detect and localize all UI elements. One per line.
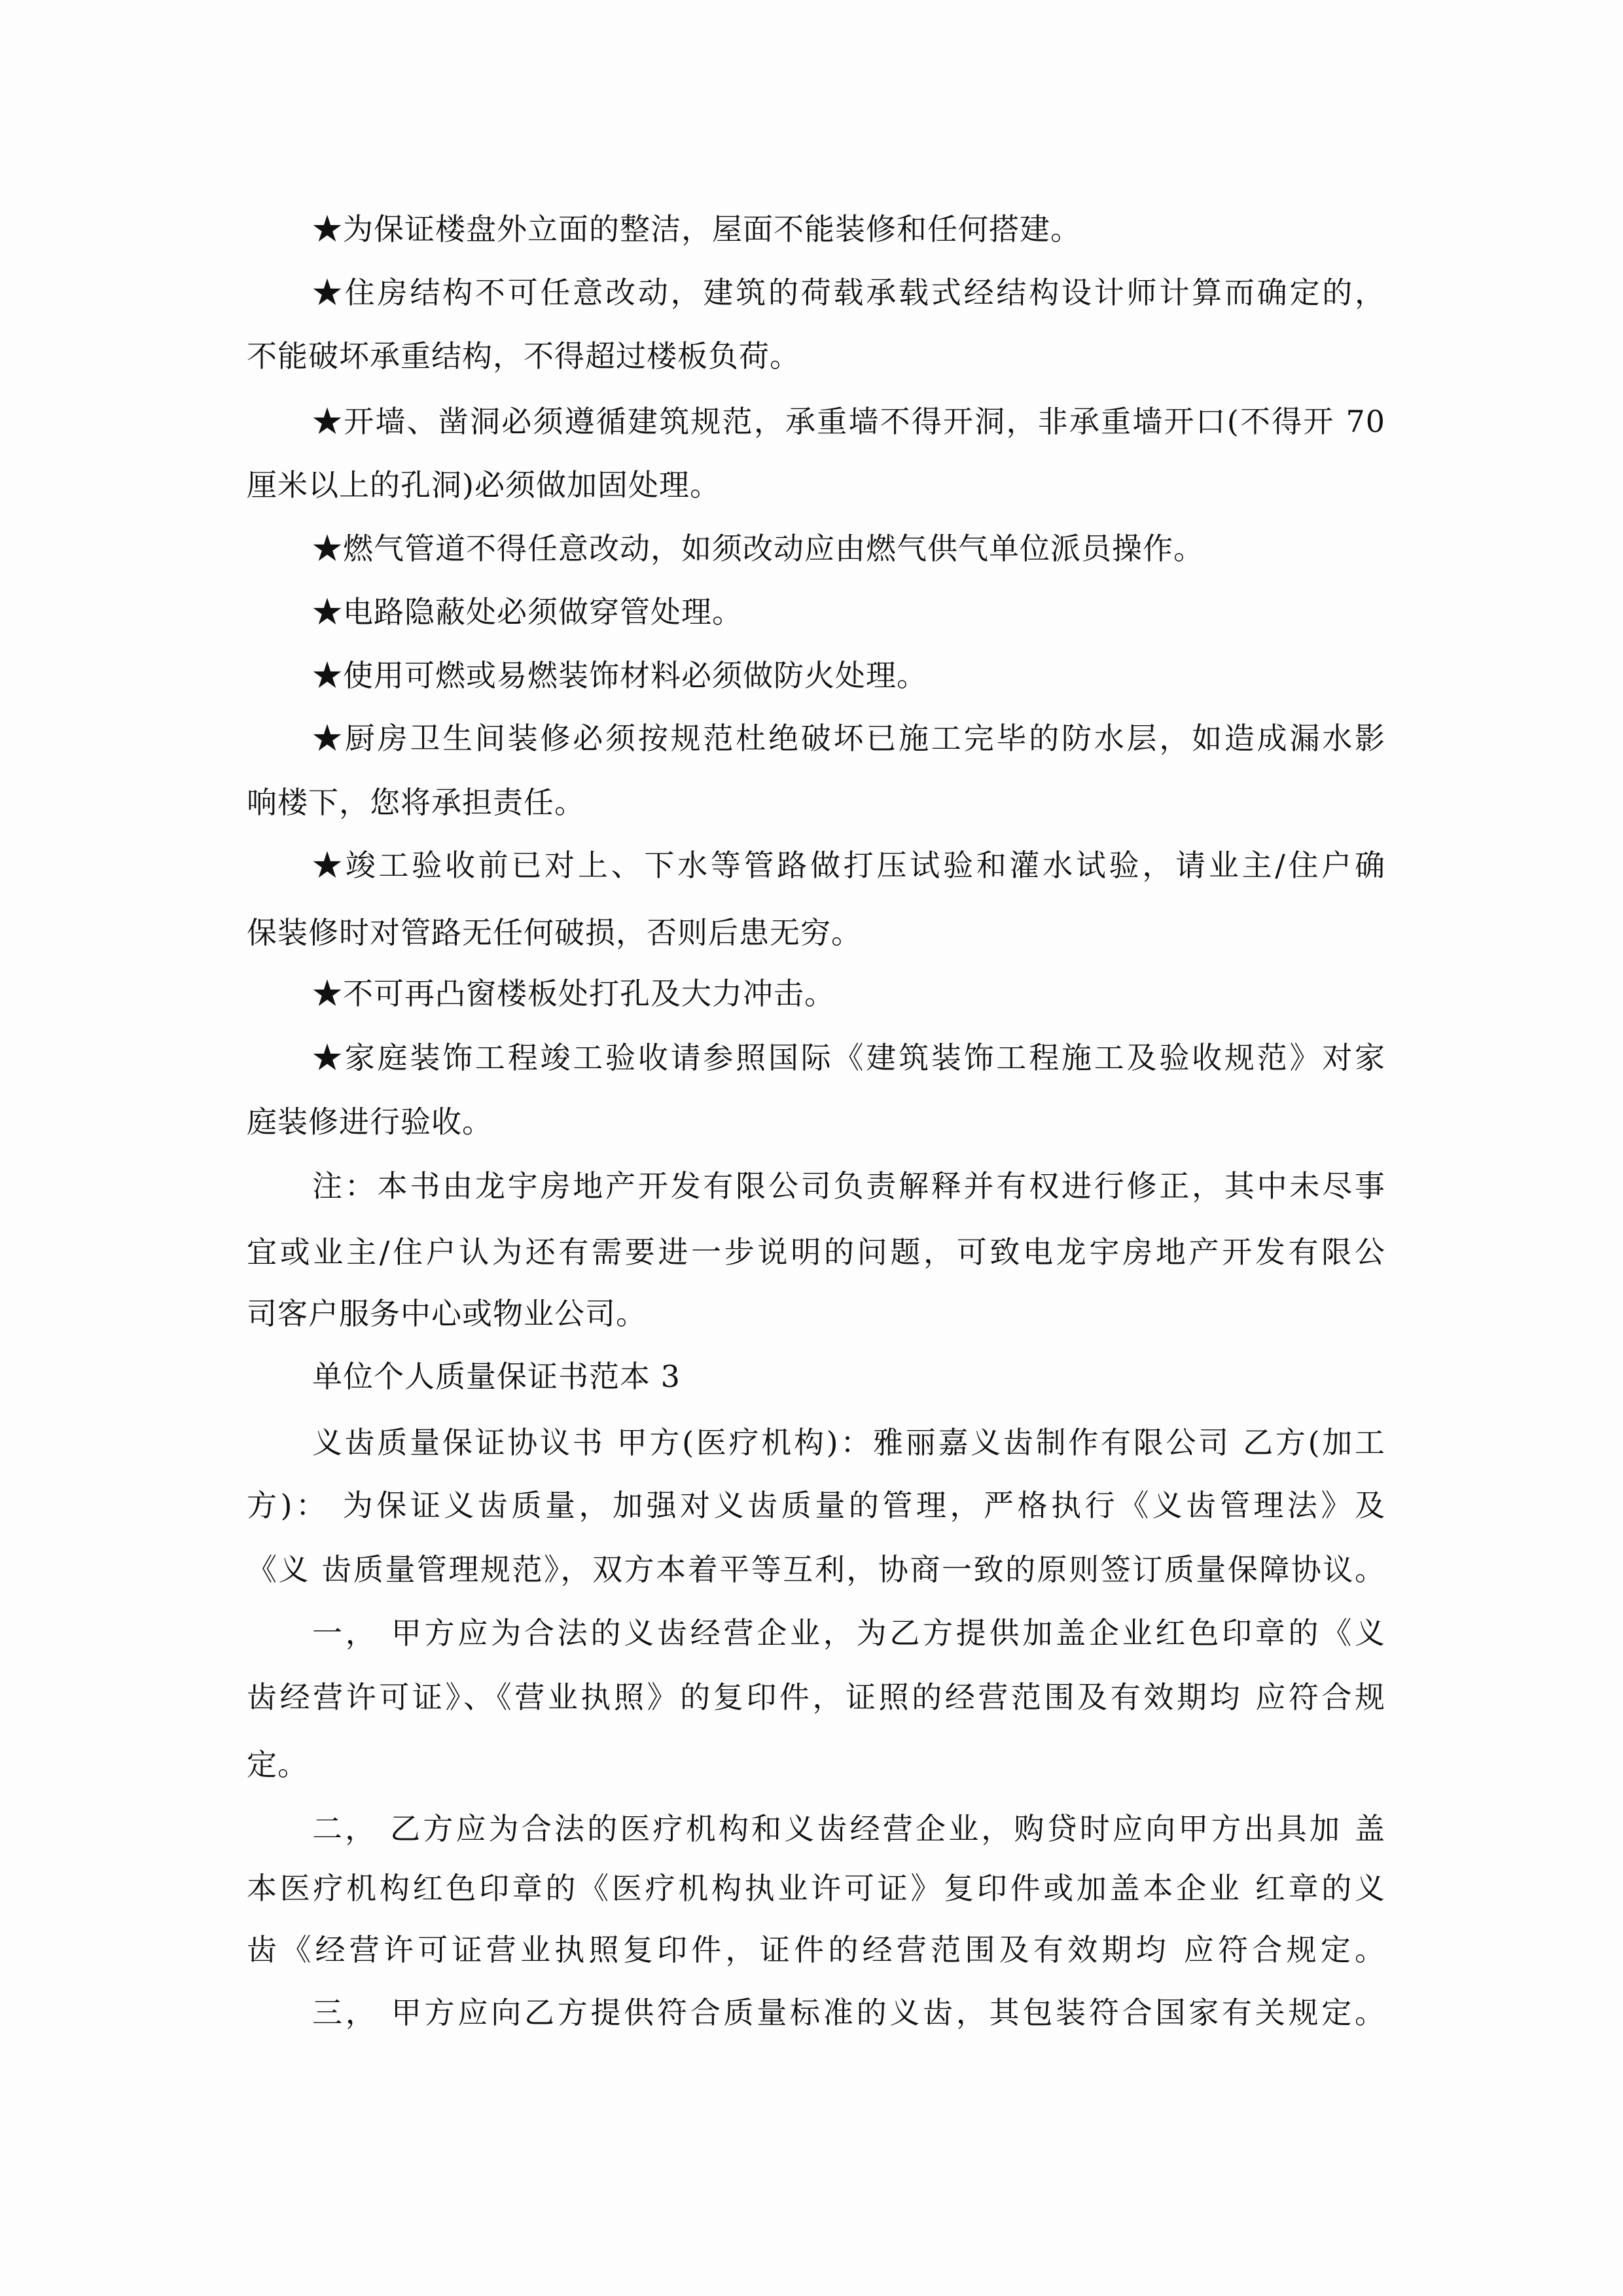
bullet-paragraph-line: ★使用可燃或易燃装饰材料必须做防火处理。 [312, 656, 1385, 695]
paragraph-line: 齿经营许可证》、《营业执照》的复印件，证照的经营范围及有效期均 应符合规 [247, 1677, 1385, 1717]
paragraph-line: 宜或业主/住户认为还有需要进一步说明的问题，可致电龙宇房地产开发有限公 [247, 1232, 1385, 1272]
bullet-paragraph-line: ★不可再凸窗楼板处打孔及大力冲击。 [312, 974, 1385, 1013]
paragraph-line: 单位个人质量保证书范本 3 [312, 1357, 1385, 1396]
bullet-paragraph-line: ★住房结构不可任意改动，建筑的荷载承载式经结构设计师计算而确定的， [312, 273, 1385, 312]
bullet-paragraph-line: ★燃气管道不得任意改动，如须改动应由燃气供气单位派员操作。 [312, 529, 1385, 568]
bullet-paragraph-line: ★家庭装饰工程竣工验收请参照国际《建筑装饰工程施工及验收规范》对家 [312, 1038, 1385, 1077]
bullet-paragraph-line: ★厨房卫生间装修必须按规范杜绝破坏已施工完毕的防水层，如造成漏水影 [312, 719, 1385, 758]
paragraph-line: 《义 齿质量管理规范》，双方本着平等互利，协商一致的原则签订质量保障协议。 [247, 1550, 1385, 1589]
paragraph-line: 方)： 为保证义齿质量，加强对义齿质量的管理，严格执行《义齿管理法》及 [247, 1486, 1385, 1525]
paragraph-line: 二， 乙方应为合法的医疗机构和义齿经营企业，购贷时应向甲方出具加 盖 [312, 1809, 1385, 1848]
paragraph-line: 厘米以上的孔洞)必须做加固处理。 [247, 465, 1385, 505]
paragraph-line: 定。 [247, 1745, 1385, 1784]
paragraph-line: 一， 甲方应为合法的义齿经营企业，为乙方提供加盖企业红色印章的《义 [312, 1613, 1385, 1653]
paragraph-line: 本医疗机构红色印章的《医疗机构执业许可证》复印件或加盖本企业 红章的义 [247, 1869, 1385, 1908]
paragraph-line: 保装修时对管路无任何破损，否则后患无穷。 [247, 913, 1385, 952]
paragraph-line: 齿《经营许可证营业执照复印件，证件的经营范围及有效期均 应符合规定。 [247, 1930, 1385, 1969]
bullet-paragraph-line: ★竣工验收前已对上、下水等管路做打压试验和灌水试验，请业主/住户确 [312, 846, 1385, 885]
paragraph-line: 庭装修进行验收。 [247, 1102, 1385, 1141]
paragraph-line: 义齿质量保证协议书 甲方(医疗机构)：雅丽嘉义齿制作有限公司 乙方(加工 [312, 1423, 1385, 1462]
bullet-paragraph-line: ★开墙、凿洞必须遵循建筑规范，承重墙不得开洞，非承重墙开口(不得开 70 [312, 402, 1385, 441]
bullet-paragraph-line: ★为保证楼盘外立面的整洁，屋面不能装修和任何搭建。 [312, 209, 1385, 249]
paragraph-line: 司客户服务中心或物业公司。 [247, 1294, 1385, 1333]
paragraph-line: 响楼下，您将承担责任。 [247, 783, 1385, 822]
paragraph-line: 注：本书由龙宇房地产开发有限公司负责解释并有权进行修正，其中未尽事 [312, 1166, 1385, 1206]
paragraph-line: 三， 甲方应向乙方提供符合质量标准的义齿，其包装符合国家有关规定。 [312, 1993, 1385, 2032]
document-page: ★为保证楼盘外立面的整洁，屋面不能装修和任何搭建。★住房结构不可任意改动，建筑的… [0, 0, 1623, 2296]
paragraph-line: 不能破坏承重结构，不得超过楼板负荷。 [247, 336, 1385, 376]
bullet-paragraph-line: ★电路隐蔽处必须做穿管处理。 [312, 592, 1385, 632]
